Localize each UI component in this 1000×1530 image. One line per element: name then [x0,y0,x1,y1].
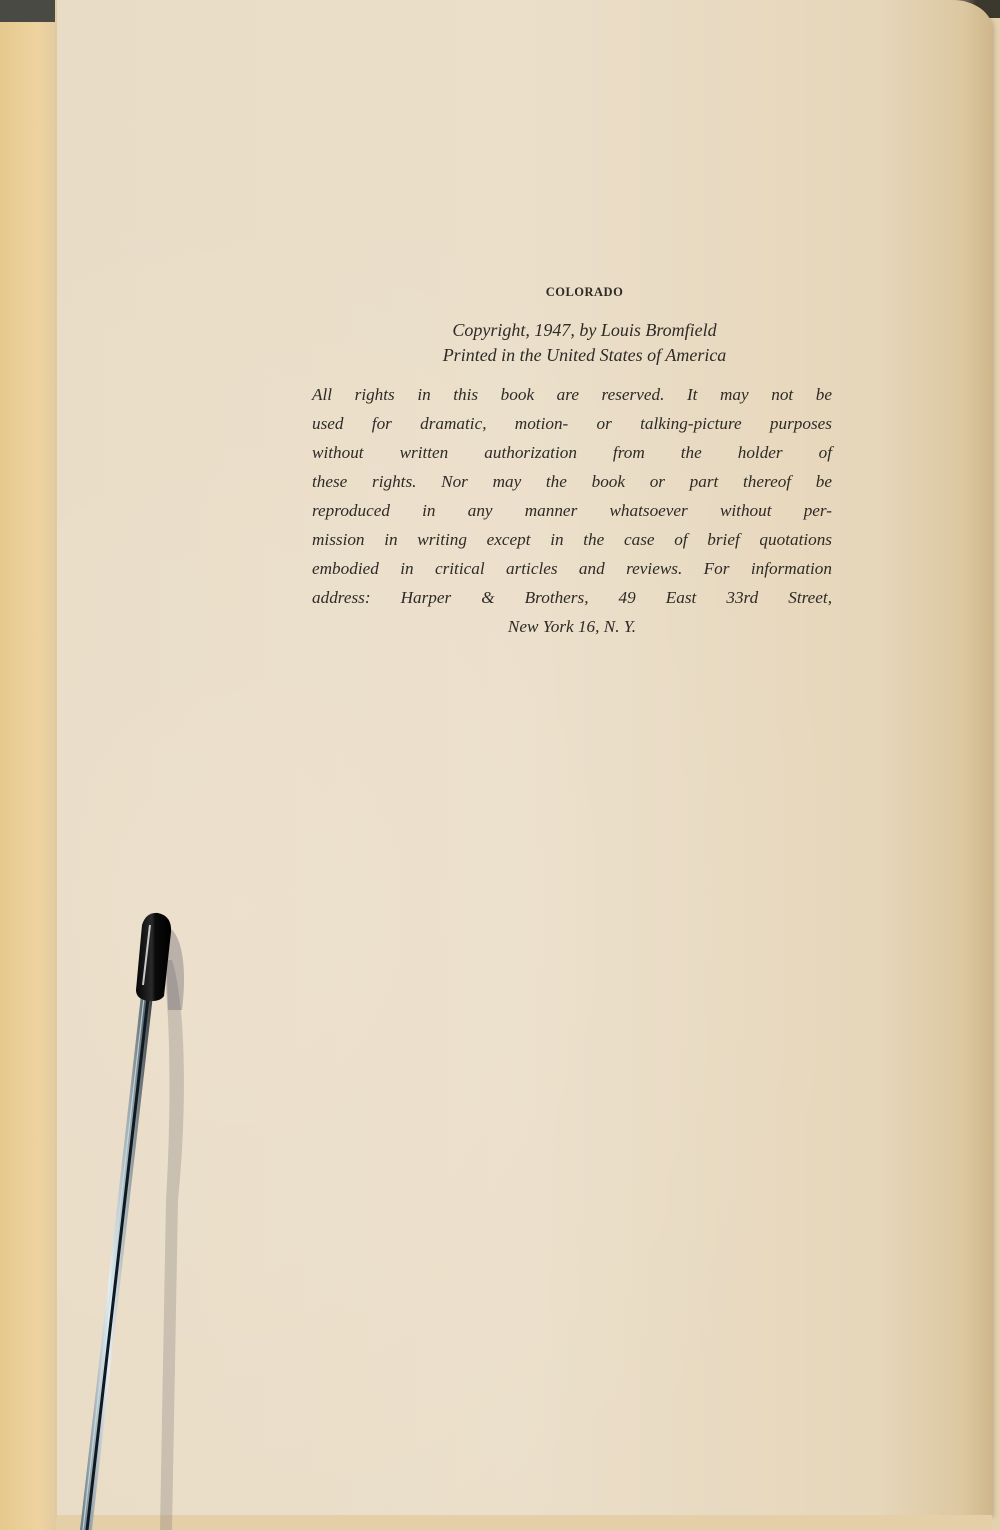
rights-line: address: Harper & Brothers, 49 East 33rd… [312,583,832,612]
rights-line: mission in writing except in the case of… [312,525,832,554]
copyright-notice: Copyright, 1947, by Louis Bromfield [312,318,832,343]
book-page [57,0,992,1515]
publisher-city: New York 16, N. Y. [312,612,832,641]
printed-in-notice: Printed in the United States of America [312,343,832,368]
rights-line: All rights in this book are reserved. It… [312,380,832,409]
table-surface-corner [0,0,55,22]
rights-line: these rights. Nor may the book or part t… [312,467,832,496]
rights-paragraph: All rights in this book are reserved. It… [312,380,832,641]
rights-line: without written authorization from the h… [312,438,832,467]
rights-line: embodied in critical articles and review… [312,554,832,583]
copyright-block: COLORADO Copyright, 1947, by Louis Bromf… [312,285,832,641]
facing-page-edge [0,22,56,1530]
page-bottom-edge [57,1515,992,1530]
rights-line: used for dramatic, motion- or talking-pi… [312,409,832,438]
book-title: COLORADO [312,285,832,300]
photo-background: COLORADO Copyright, 1947, by Louis Bromf… [0,0,1000,1530]
rights-line: reproduced in any manner whatsoever with… [312,496,832,525]
